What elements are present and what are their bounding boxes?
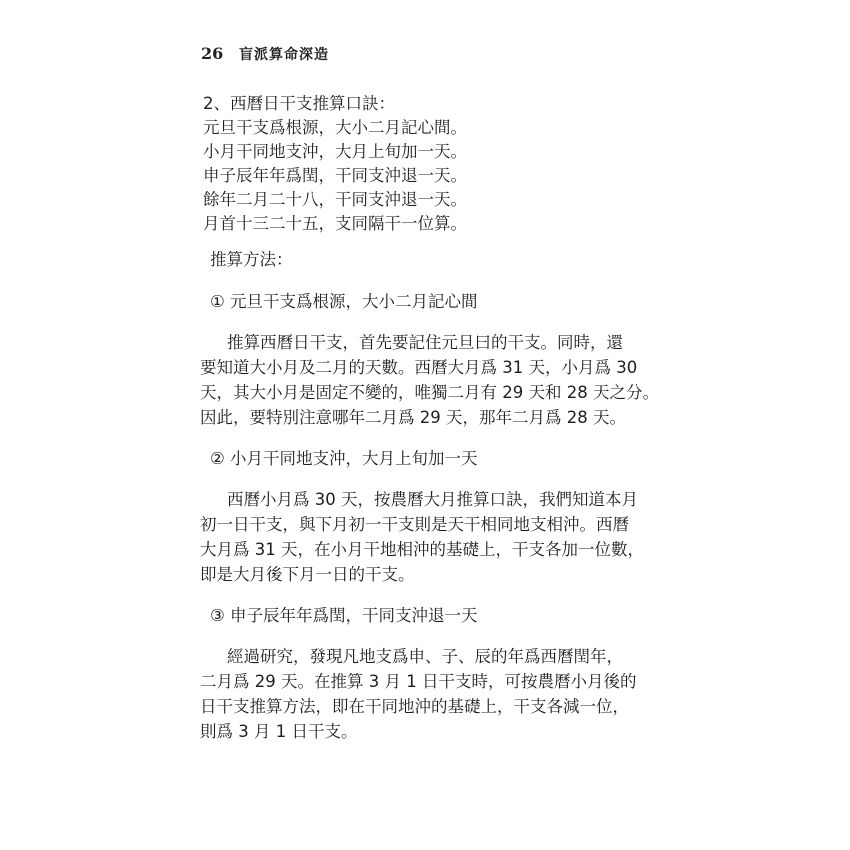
paragraph-line: 大月爲 31 天，在小月干地相沖的基礎上，干支各加一位數， [200,539,644,561]
paragraph-line: 即是大月後下月一日的干支。 [200,564,415,586]
item-heading: ② 小月干同地支沖，大月上旬加一天 [210,448,478,470]
verse-line: 申子辰年年爲閏，干同支沖退一天。 [203,165,467,187]
paragraph-line: 因此，要特別注意哪年二月爲 29 天，那年二月爲 28 天。 [200,407,626,429]
book-page: 26 盲派算命深造 2、西曆日干支推算口訣： 元旦干支爲根源，大小二月記心間。 … [0,0,850,850]
paragraph-line: 西曆小月爲 30 天，按農曆大月推算口訣，我們知道本月 [227,489,638,511]
page-number: 26 [201,44,239,63]
paragraph-line: 推算西曆日干支，首先要記住元旦曰的干支。同時，還 [227,332,623,354]
book-title: 盲派算命深造 [239,44,329,64]
item-heading: ③ 申子辰年年爲閏，干同支沖退一天 [210,605,478,627]
verse-line: 月首十三二十五，支同隔干一位算。 [203,213,467,235]
paragraph-line: 日干支推算方法，即在干同地沖的基礎上，干支各減一位， [200,696,629,718]
paragraph-line: 二月爲 29 天。在推算 3 月 1 日干支時，可按農曆小月後的 [200,671,636,693]
paragraph-line: 天，其大小月是固定不變的，唯獨二月有 29 天和 28 天之分。 [200,382,659,404]
item-heading: ① 元旦干支爲根源，大小二月記心間 [210,291,478,313]
paragraph-line: 則爲 3 月 1 日干支。 [200,721,357,743]
paragraph-line: 經過研究，發現凡地支爲申、子、辰的年爲西曆閏年， [227,646,623,668]
paragraph-line: 初一日干支，與下月初一干支則是天干相同地支相沖。西曆 [200,514,629,536]
verse-line: 餘年二月二十八，干同支沖退一天。 [203,189,467,211]
paragraph-line: 要知道大小月及二月的天數。西曆大月爲 31 天，小月爲 30 [200,357,637,379]
section-title: 2、西曆日干支推算口訣： [203,93,395,115]
verse-line: 元旦干支爲根源，大小二月記心間。 [203,117,467,139]
running-header: 26 盲派算命深造 [201,44,329,66]
method-label: 推算方法： [210,249,293,271]
verse-line: 小月干同地支沖，大月上旬加一天。 [203,141,467,163]
